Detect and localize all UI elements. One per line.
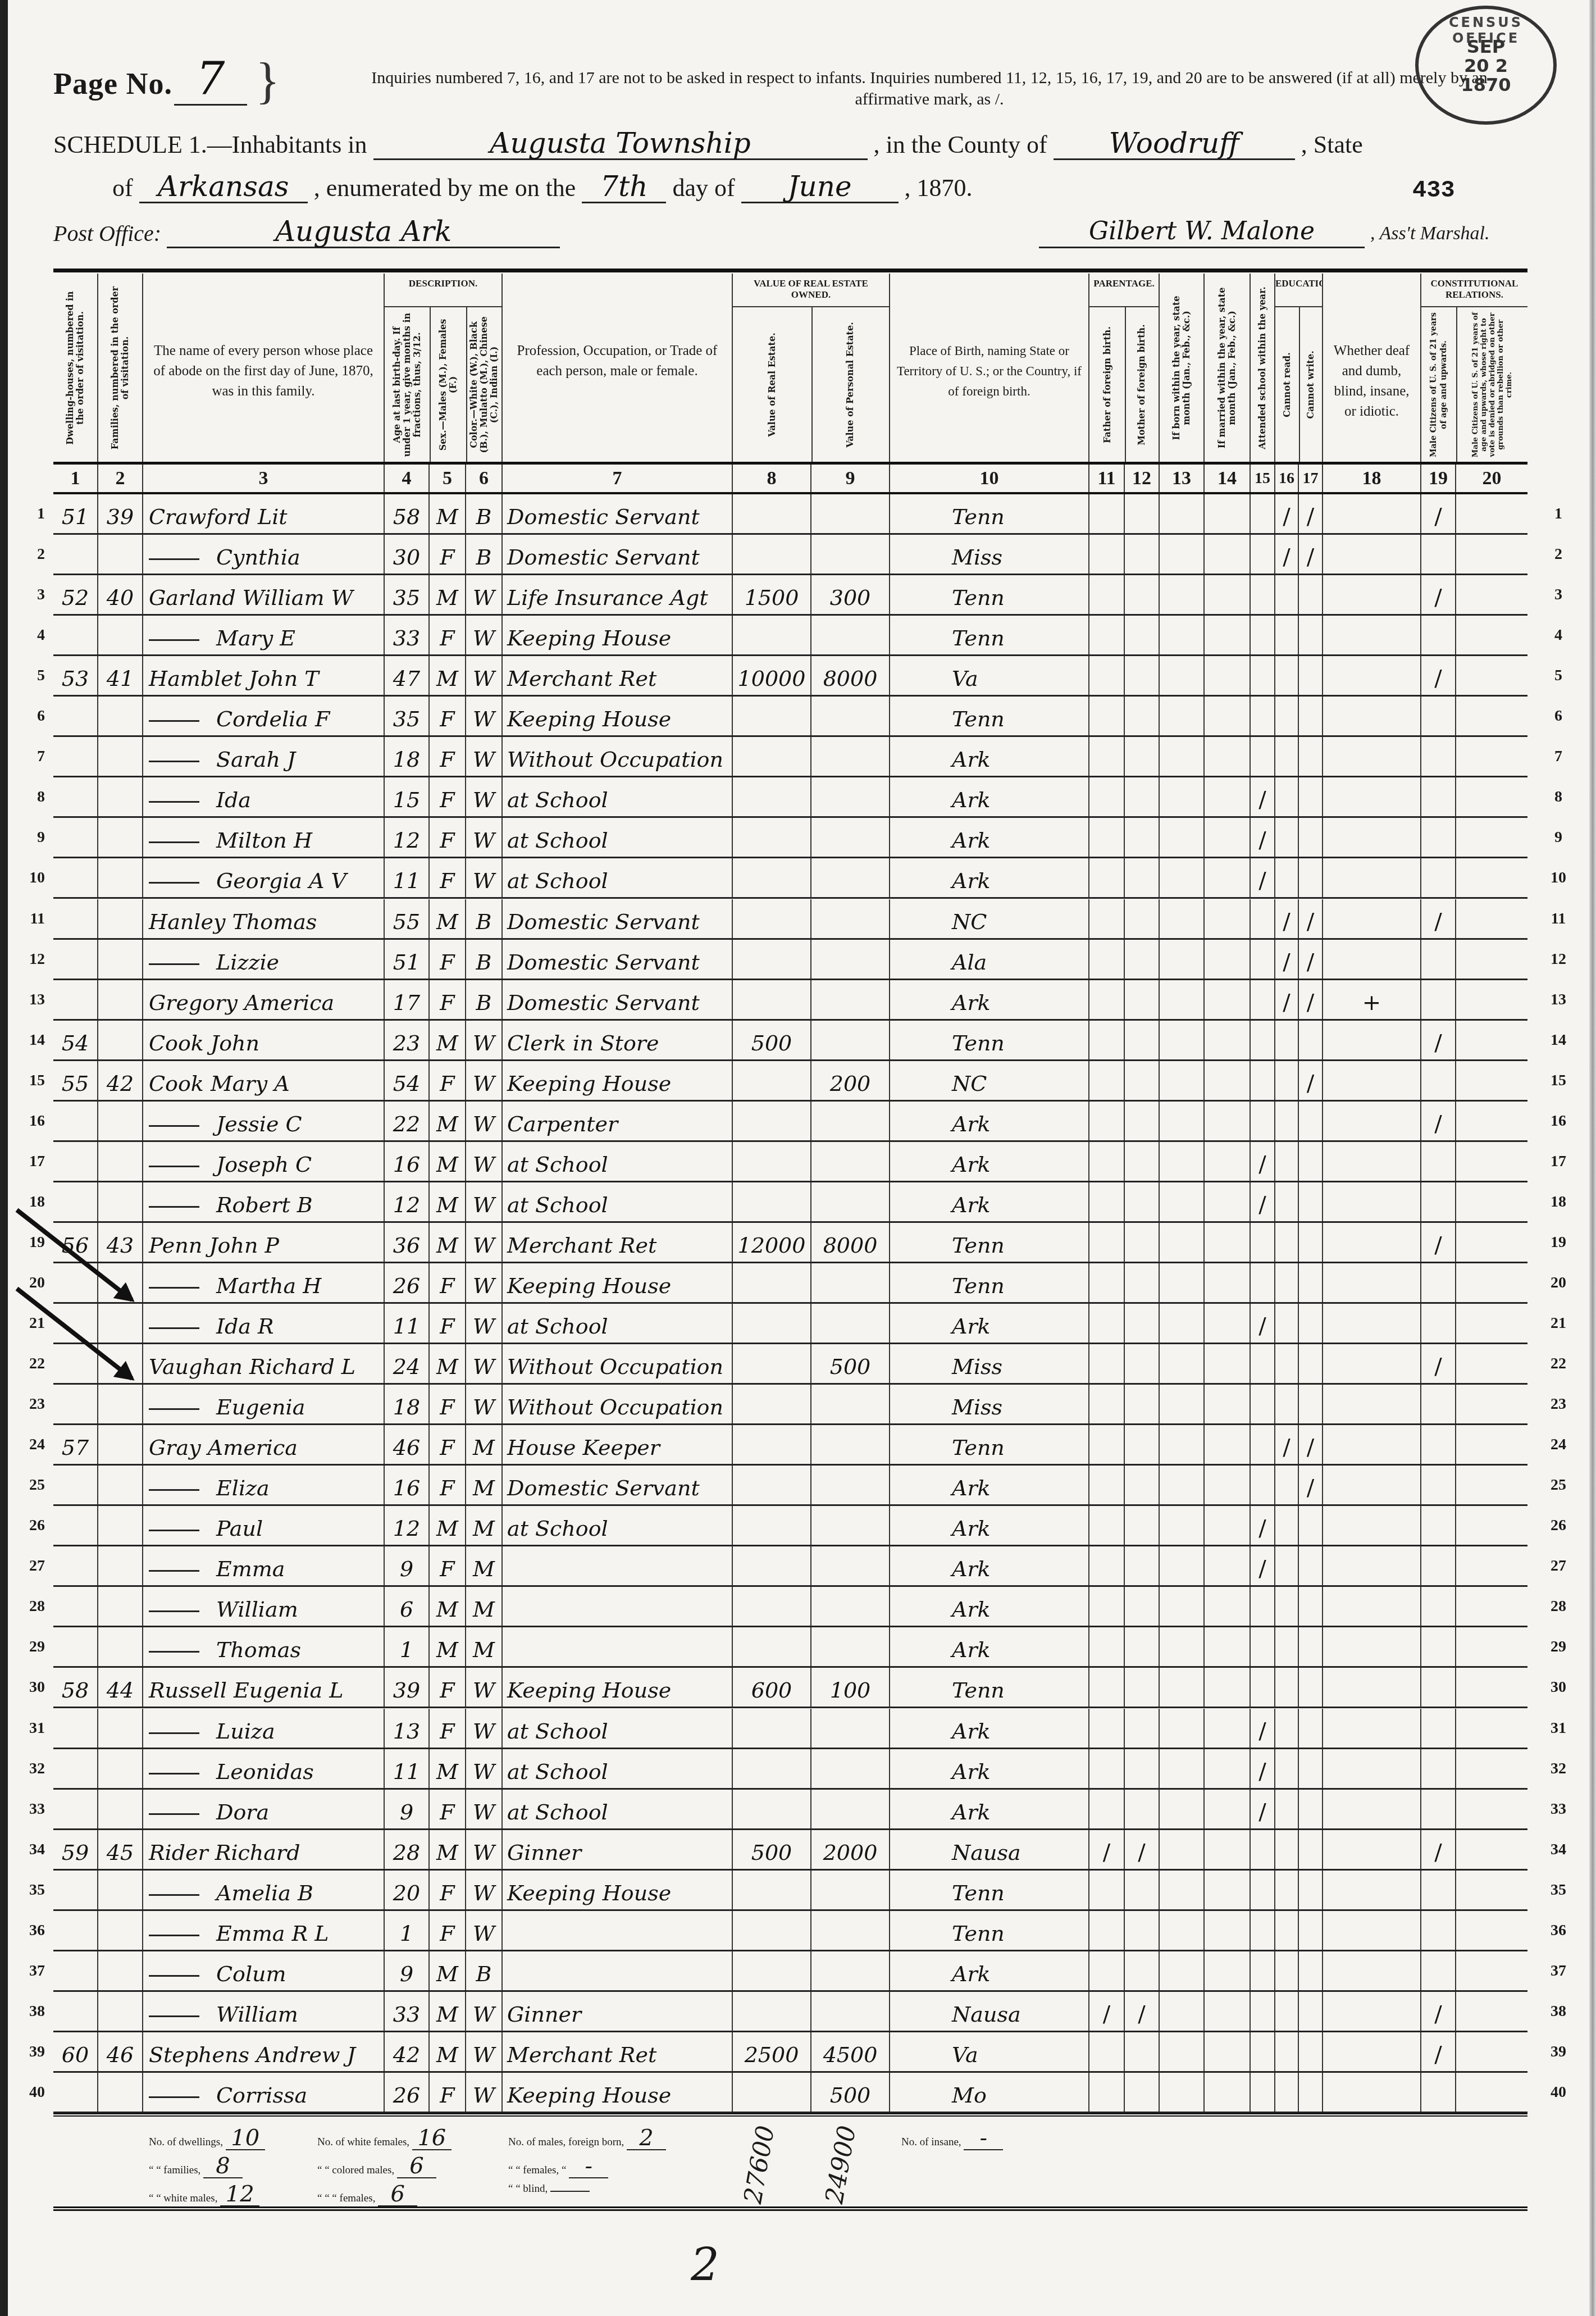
- real-estate-value-cell: [733, 1546, 811, 1585]
- family-number-cell: [98, 697, 143, 735]
- father-foreign-cell: [1089, 737, 1125, 776]
- cannot-read-cell: [1275, 1021, 1299, 1059]
- colnum-16: 16: [1275, 465, 1299, 492]
- colnum-14: 14: [1205, 465, 1251, 492]
- born-within-year-cell: [1160, 1911, 1205, 1950]
- born-within-year-cell: [1160, 1021, 1205, 1059]
- father-foreign-cell: [1089, 1627, 1125, 1666]
- line-number-right: 34: [1542, 1830, 1575, 1869]
- occupation: at School: [507, 828, 608, 853]
- family-number-cell: 40: [98, 575, 143, 614]
- birthplace: Ark: [952, 747, 991, 772]
- disability-cell: [1323, 1830, 1421, 1869]
- mother-foreign-cell: [1125, 1385, 1160, 1423]
- page-number-value: 7: [174, 53, 247, 106]
- line-number-left: 36: [11, 1911, 45, 1950]
- sex-cell: F: [430, 535, 466, 574]
- vote-denied-cell: [1456, 1627, 1527, 1666]
- col-header-11: Father of foreign birth.: [1089, 307, 1126, 462]
- dwelling-number-cell: 60: [53, 2032, 98, 2071]
- attended-school-cell: [1251, 1668, 1275, 1707]
- male-citizen-21-cell: [1421, 1466, 1456, 1504]
- occupation-cell: Clerk in Store: [503, 1021, 733, 1059]
- male-citizen-21-cell: [1421, 1951, 1456, 1990]
- occupation-cell: at School: [503, 858, 733, 897]
- mother-foreign-cell: [1125, 1102, 1160, 1140]
- person-name-cell: Cook Mary A: [143, 1061, 385, 1100]
- person-name-cell: Garland William W: [143, 575, 385, 614]
- mother-foreign-cell: [1125, 1425, 1160, 1464]
- color-cell: W: [466, 2073, 503, 2112]
- same-surname-dash: [149, 720, 199, 722]
- dwelling-number-cell: [53, 2073, 98, 2112]
- page-summary: No. of dwellings, 10 “ “ families, 8 “ “…: [53, 2113, 1527, 2211]
- person-name-cell: Thomas: [143, 1627, 385, 1666]
- male-citizen-21-cell: /: [1421, 494, 1456, 533]
- disability-cell: [1323, 1385, 1421, 1423]
- occupation: Keeping House: [507, 1678, 671, 1703]
- married-within-year-cell: [1205, 858, 1251, 897]
- table-row: 21Ida R11FWat SchoolArk/21: [53, 1304, 1527, 1344]
- married-within-year-cell: [1205, 1668, 1251, 1707]
- birthplace-cell: Va: [890, 2032, 1089, 2071]
- vote-denied-cell: [1456, 1871, 1527, 1909]
- vote-denied-cell: [1456, 1506, 1527, 1545]
- cannot-read: /: [1283, 1435, 1290, 1460]
- summary-colored-males-label: “ “ colored males,: [317, 2164, 394, 2176]
- real-estate-value-cell: [733, 940, 811, 979]
- disability-cell: [1323, 1709, 1421, 1748]
- personal-estate-value-cell: 500: [811, 1344, 890, 1383]
- real-estate-value-cell: [733, 1951, 811, 1990]
- line-number-right: 32: [1542, 1749, 1575, 1789]
- person-name: William: [216, 1597, 298, 1622]
- age-cell: 20: [385, 1871, 430, 1909]
- state-field: Arkansas: [139, 171, 308, 203]
- color-cell: W: [466, 1709, 503, 1748]
- cannot-write: /: [1307, 949, 1314, 975]
- line-number-right: 21: [1542, 1304, 1575, 1343]
- age-cell: 12: [385, 1182, 430, 1221]
- col-header-9-text: Value of Personal Estate.: [845, 312, 855, 458]
- age-cell: 9: [385, 1790, 430, 1828]
- attended-school-cell: [1251, 697, 1275, 735]
- vote-denied-cell: [1456, 616, 1527, 654]
- born-within-year-cell: [1160, 1223, 1205, 1262]
- header-rule: [53, 269, 1527, 272]
- summary-colored-females-value: 6: [378, 2183, 417, 2206]
- married-within-year-cell: [1205, 1871, 1251, 1909]
- married-within-year-cell: [1205, 1506, 1251, 1545]
- occupation-cell: Merchant Ret: [503, 656, 733, 695]
- married-within-year-cell: [1205, 1425, 1251, 1464]
- family-number-cell: [98, 899, 143, 938]
- married-within-year-cell: [1205, 1466, 1251, 1504]
- line-number-left: 32: [11, 1749, 45, 1789]
- mother-foreign-cell: [1125, 1587, 1160, 1626]
- married-within-year-cell: [1205, 737, 1251, 776]
- col-header-5-text: Sex.—Males (M.), Females (F.): [438, 312, 458, 458]
- stamp-month: SEP: [1419, 37, 1553, 56]
- real-estate-value: 2500: [745, 2042, 799, 2067]
- occupation-cell: Keeping House: [503, 1061, 733, 1100]
- sex-cell: M: [430, 1992, 466, 2031]
- same-surname-dash: [149, 1408, 199, 1410]
- color: W: [473, 1031, 495, 1055]
- line-number-left: 31: [11, 1709, 45, 1748]
- sex-cell: F: [430, 1668, 466, 1707]
- family-number: 42: [107, 1071, 134, 1096]
- male-citizen-21-cell: [1421, 1425, 1456, 1464]
- birthplace: Tenn: [952, 1031, 1005, 1055]
- occupation-cell: Keeping House: [503, 697, 733, 735]
- born-within-year-cell: [1160, 1709, 1205, 1748]
- person-name: Georgia A V: [216, 868, 346, 893]
- dwelling-number-cell: [53, 1506, 98, 1545]
- disability-cell: [1323, 1425, 1421, 1464]
- age-cell: 17: [385, 980, 430, 1019]
- disability-cell: [1323, 1790, 1421, 1828]
- same-surname-dash: [149, 1125, 199, 1127]
- birthplace-cell: Ark: [890, 1182, 1089, 1221]
- married-within-year-cell: [1205, 616, 1251, 654]
- person-name-cell: Penn John P: [143, 1223, 385, 1262]
- male-citizen-21: /: [1434, 2001, 1442, 2027]
- table-row: 55341Hamblet John T47MWMerchant Ret10000…: [53, 656, 1527, 697]
- sex: F: [440, 1476, 454, 1500]
- line-number-right: 7: [1542, 737, 1575, 776]
- person-name-cell: Vaughan Richard L: [143, 1344, 385, 1383]
- family-number-cell: 42: [98, 1061, 143, 1100]
- person-name-cell: Joseph C: [143, 1142, 385, 1181]
- line-number-right: 38: [1542, 1992, 1575, 2031]
- real-estate-value-cell: [733, 737, 811, 776]
- summary-blind-label: “ “ blind,: [508, 2183, 548, 2195]
- mother-foreign-cell: [1125, 656, 1160, 695]
- birthplace: Ark: [952, 1193, 991, 1217]
- person-name: Ida R: [216, 1314, 274, 1339]
- sex: M: [436, 2042, 458, 2067]
- personal-estate-value-cell: [811, 737, 890, 776]
- col-header-8: Value of Real Estate.: [733, 307, 813, 462]
- line-number-right: 18: [1542, 1182, 1575, 1222]
- age: 1: [400, 1921, 413, 1946]
- born-within-year-cell: [1160, 1425, 1205, 1464]
- same-surname-dash: [149, 1530, 199, 1531]
- table-row: 18Robert B12MWat SchoolArk/18: [53, 1182, 1527, 1223]
- male-citizen-21-cell: [1421, 1304, 1456, 1343]
- age: 1: [400, 1637, 413, 1662]
- group-parentage-label: PARENTAGE.: [1089, 274, 1159, 307]
- married-within-year-cell: [1205, 1021, 1251, 1059]
- scan-edge-left: [0, 0, 8, 2316]
- sex-cell: F: [430, 1385, 466, 1423]
- male-citizen-21-cell: [1421, 1709, 1456, 1748]
- born-within-year-cell: [1160, 737, 1205, 776]
- age: 24: [393, 1354, 420, 1379]
- vote-denied-cell: [1456, 1790, 1527, 1828]
- occupation-cell: [503, 1627, 733, 1666]
- family-number-cell: [98, 1992, 143, 2031]
- married-within-year-cell: [1205, 1951, 1251, 1990]
- color-cell: B: [466, 899, 503, 938]
- line-number-right: 37: [1542, 1951, 1575, 1991]
- same-surname-dash: [149, 558, 199, 560]
- male-citizen-21-cell: [1421, 818, 1456, 857]
- col-header-12: Mother of foreign birth.: [1125, 307, 1159, 462]
- color-cell: M: [466, 1627, 503, 1666]
- real-estate-value-cell: 2500: [733, 2032, 811, 2071]
- disability-cell: [1323, 1992, 1421, 2031]
- color-cell: W: [466, 1668, 503, 1707]
- cannot-write-cell: [1299, 1546, 1323, 1585]
- birthplace-cell: Nausa: [890, 1992, 1089, 2031]
- sex-cell: F: [430, 697, 466, 735]
- real-estate-value-cell: [733, 697, 811, 735]
- mother-foreign-cell: [1125, 1263, 1160, 1302]
- birthplace-cell: Tenn: [890, 1911, 1089, 1950]
- stamped-page-number: 433: [1412, 177, 1455, 204]
- color-cell: W: [466, 1871, 503, 1909]
- table-row: 13Gregory America17FBDomestic ServantArk…: [53, 980, 1527, 1021]
- father-foreign-cell: [1089, 2032, 1125, 2071]
- occupation: at School: [507, 868, 608, 893]
- father-foreign-cell: [1089, 980, 1125, 1019]
- disability-cell: [1323, 494, 1421, 533]
- line-number-right: 9: [1542, 818, 1575, 857]
- born-within-year-cell: [1160, 858, 1205, 897]
- occupation: at School: [507, 1314, 608, 1339]
- real-estate-value-cell: [733, 494, 811, 533]
- birthplace-cell: Ark: [890, 777, 1089, 816]
- occupation-cell: Domestic Servant: [503, 899, 733, 938]
- vote-denied-cell: [1456, 940, 1527, 979]
- birthplace: Tenn: [952, 626, 1005, 650]
- vote-denied-cell: [1456, 777, 1527, 816]
- table-row: 20Martha H26FWKeeping HouseTenn20: [53, 1263, 1527, 1304]
- table-row: 8Ida15FWat SchoolArk/8: [53, 777, 1527, 818]
- line-number-left: 17: [11, 1142, 45, 1181]
- table-row: 345945Rider Richard28MWGinner5002000Naus…: [53, 1830, 1527, 1871]
- family-number-cell: [98, 1102, 143, 1140]
- personal-estate-value-cell: [811, 1546, 890, 1585]
- line-number-right: 35: [1542, 1871, 1575, 1910]
- disability-cell: [1323, 858, 1421, 897]
- cannot-write: /: [1307, 1071, 1314, 1096]
- father-foreign-cell: [1089, 1182, 1125, 1221]
- table-row: 9Milton H12FWat SchoolArk/9: [53, 818, 1527, 858]
- family-number-cell: [98, 1506, 143, 1545]
- summary-families-value: 8: [203, 2155, 243, 2178]
- disability-cell: [1323, 1749, 1421, 1788]
- vote-denied-cell: [1456, 1951, 1527, 1990]
- birthplace: Ark: [952, 1719, 991, 1744]
- occupation-cell: at School: [503, 1506, 733, 1545]
- same-surname-dash: [149, 1732, 199, 1734]
- same-surname-dash: [149, 1327, 199, 1329]
- col-header-1-text: Dwelling-houses, numbered in the order o…: [65, 284, 85, 452]
- father-foreign-cell: [1089, 1102, 1125, 1140]
- person-name: Hamblet John T: [149, 666, 319, 691]
- line-number-right: 19: [1542, 1223, 1575, 1262]
- color: W: [473, 1071, 495, 1096]
- birthplace-cell: Tenn: [890, 1263, 1089, 1302]
- sex: F: [440, 1395, 454, 1419]
- attended-school: /: [1258, 868, 1266, 894]
- born-within-year-cell: [1160, 818, 1205, 857]
- col-header-13: If born within the year, state month (Ja…: [1160, 274, 1205, 462]
- person-name-cell: Sarah J: [143, 737, 385, 776]
- person-name: Milton H: [216, 828, 312, 853]
- table-row: 2Cynthia30FBDomestic ServantMiss//2: [53, 535, 1527, 575]
- real-estate-value: 500: [751, 1840, 792, 1865]
- birthplace: NC: [952, 1071, 987, 1096]
- attended-school-cell: [1251, 575, 1275, 614]
- col-header-14-text: If married within the year, state month …: [1217, 284, 1237, 452]
- sex-cell: M: [430, 1951, 466, 1990]
- dwelling-number: 55: [62, 1071, 89, 1096]
- summary-foreign-females-label: “ “ females, “: [508, 2164, 566, 2176]
- disability-cell: [1323, 1182, 1421, 1221]
- age: 26: [393, 2083, 420, 2108]
- cannot-write-cell: [1299, 1668, 1323, 1707]
- same-surname-dash: [149, 761, 199, 762]
- birthplace: Ark: [952, 1152, 991, 1177]
- birthplace: Ark: [952, 1637, 991, 1662]
- birthplace-cell: Ark: [890, 1506, 1089, 1545]
- birthplace: Nausa: [952, 2002, 1021, 2027]
- family-number-cell: [98, 1709, 143, 1748]
- color-cell: W: [466, 1102, 503, 1140]
- family-number-cell: [98, 1790, 143, 1828]
- married-within-year-cell: [1205, 1627, 1251, 1666]
- post-office-line: Post Office: Augusta Ark: [53, 216, 560, 248]
- age: 33: [393, 2002, 420, 2027]
- col-header-16-text: Cannot read.: [1282, 312, 1292, 458]
- family-number-cell: [98, 858, 143, 897]
- table-row: 31Luiza13FWat SchoolArk/31: [53, 1709, 1527, 1749]
- real-estate-value: 1500: [745, 585, 799, 610]
- age: 22: [393, 1112, 420, 1136]
- cannot-write-cell: [1299, 1021, 1323, 1059]
- line-number-left: 40: [11, 2073, 45, 2112]
- cannot-read-cell: /: [1275, 980, 1299, 1019]
- occupation: Keeping House: [507, 1881, 671, 1905]
- birthplace: Ark: [952, 990, 991, 1015]
- cannot-write: /: [1307, 909, 1314, 935]
- dwelling-number-cell: [53, 1385, 98, 1423]
- family-number: 39: [107, 504, 134, 529]
- father-foreign-cell: [1089, 1021, 1125, 1059]
- color: W: [473, 1152, 495, 1177]
- birthplace: Miss: [952, 1395, 1002, 1419]
- cannot-read-cell: /: [1275, 899, 1299, 938]
- married-within-year-cell: [1205, 656, 1251, 695]
- dwelling-number: 54: [62, 1031, 89, 1055]
- sex: M: [436, 1759, 458, 1784]
- vote-denied-cell: [1456, 656, 1527, 695]
- born-within-year-cell: [1160, 1627, 1205, 1666]
- attended-school-cell: [1251, 1021, 1275, 1059]
- colnum-10: 10: [890, 465, 1089, 492]
- male-citizen-21-cell: [1421, 1911, 1456, 1950]
- line-number-right: 27: [1542, 1546, 1575, 1586]
- table-row: 4Mary E33FWKeeping HouseTenn4: [53, 616, 1527, 656]
- line-number-left: 34: [11, 1830, 45, 1869]
- sex: F: [440, 1881, 454, 1905]
- color: B: [476, 545, 492, 570]
- col-header-8-text: Value of Real Estate.: [767, 312, 777, 458]
- cannot-read-cell: [1275, 1951, 1299, 1990]
- color: W: [473, 585, 495, 610]
- mother-foreign-cell: [1125, 1709, 1160, 1748]
- occupation: Without Occupation: [507, 747, 723, 772]
- color: M: [473, 1435, 495, 1460]
- occupation: at School: [507, 1193, 608, 1217]
- disability-cell: [1323, 777, 1421, 816]
- line-number-right: 39: [1542, 2032, 1575, 2072]
- attended-school: /: [1258, 1192, 1266, 1218]
- dwelling-number: 52: [62, 585, 89, 610]
- person-name: Cook John: [149, 1031, 259, 1055]
- personal-estate-value: 8000: [823, 666, 878, 691]
- summary-white-females-label: No. of white females,: [317, 2136, 409, 2148]
- cannot-write-cell: [1299, 1304, 1323, 1343]
- attended-school-cell: [1251, 899, 1275, 938]
- real-estate-value-cell: [733, 1709, 811, 1748]
- male-citizen-21-cell: /: [1421, 2032, 1456, 2071]
- cannot-write-cell: [1299, 1587, 1323, 1626]
- personal-estate-value-cell: [811, 1506, 890, 1545]
- vote-denied-cell: [1456, 1102, 1527, 1140]
- sex-cell: F: [430, 980, 466, 1019]
- family-number-cell: [98, 616, 143, 654]
- father-foreign-cell: [1089, 1546, 1125, 1585]
- male-citizen-21: /: [1434, 2042, 1442, 2068]
- birthplace-cell: Tenn: [890, 697, 1089, 735]
- male-citizen-21-cell: /: [1421, 575, 1456, 614]
- father-foreign-cell: [1089, 1466, 1125, 1504]
- disability-cell: [1323, 616, 1421, 654]
- real-estate-value-cell: 10000: [733, 656, 811, 695]
- cannot-write-cell: [1299, 1344, 1323, 1383]
- cannot-write-cell: /: [1299, 1466, 1323, 1504]
- person-name-cell: Paul: [143, 1506, 385, 1545]
- line-number-left: 4: [11, 616, 45, 655]
- vote-denied-cell: [1456, 1749, 1527, 1788]
- dwelling-number-cell: 57: [53, 1425, 98, 1464]
- line-number-left: 5: [11, 656, 45, 695]
- line-number-left: 33: [11, 1790, 45, 1829]
- cannot-write-cell: [1299, 2073, 1323, 2112]
- cannot-read-cell: [1275, 656, 1299, 695]
- color: W: [473, 1112, 495, 1136]
- age: 54: [393, 1071, 420, 1096]
- cannot-read-cell: [1275, 858, 1299, 897]
- personal-estate-value-cell: [811, 1466, 890, 1504]
- occupation: Domestic Servant: [507, 990, 700, 1015]
- personal-estate-value-cell: [811, 1587, 890, 1626]
- age-cell: 35: [385, 697, 430, 735]
- family-number-cell: [98, 1385, 143, 1423]
- cannot-write-cell: [1299, 1102, 1323, 1140]
- summary-families: “ “ families, 8: [149, 2155, 243, 2178]
- occupation-cell: at School: [503, 1709, 733, 1748]
- col-header-16: Cannot read.: [1275, 307, 1300, 462]
- attended-school-cell: [1251, 2073, 1275, 2112]
- occupation-cell: Keeping House: [503, 616, 733, 654]
- occupation-cell: Keeping House: [503, 2073, 733, 2112]
